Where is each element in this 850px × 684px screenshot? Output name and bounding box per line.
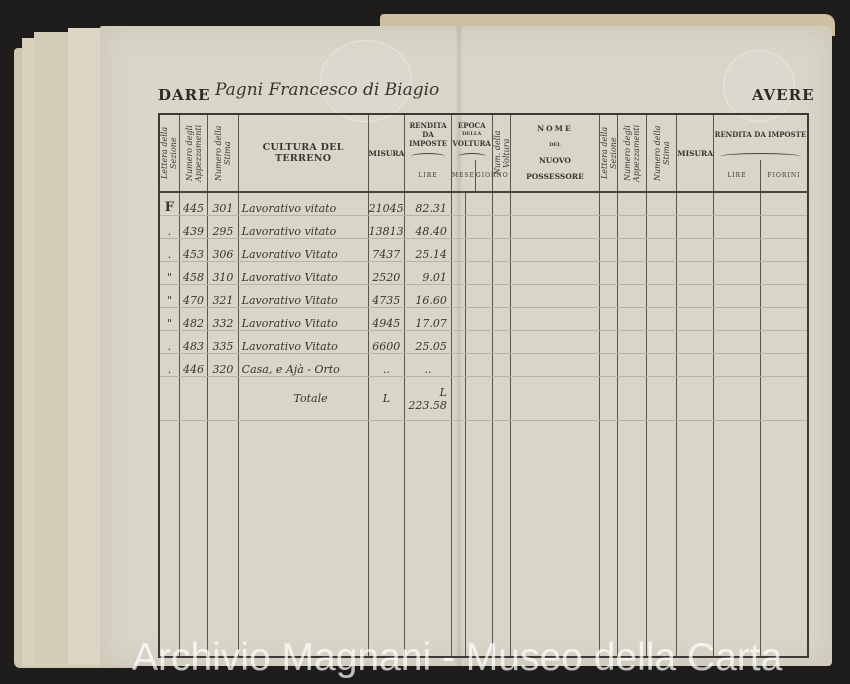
sezione-cell: "	[159, 262, 179, 285]
lire-cell: 82.31	[405, 192, 452, 216]
lire-cell: ..	[405, 354, 452, 377]
dare-heading: DARE	[158, 86, 211, 104]
col-epoca: EPOCADELLAVOLTURA MESEGIORNO	[451, 114, 492, 192]
lire-cell: 25.05	[405, 331, 452, 354]
sezione-cell: .	[159, 239, 179, 262]
sezione-cell: .	[159, 331, 179, 354]
entry-row: . 453 306 Lavorativo Vitato 7437 25.14	[159, 239, 808, 262]
total-currency-misura: L	[368, 377, 405, 421]
total-row: Totale L L 223.58	[159, 377, 808, 421]
appezzamento-cell: 482	[179, 308, 207, 331]
lire-cell: 17.07	[405, 308, 452, 331]
appezzamento-cell: 445	[179, 192, 207, 216]
misura-cell: ..	[368, 354, 405, 377]
appezzamento-cell: 439	[179, 216, 207, 239]
misura-cell: 21045	[368, 192, 405, 216]
ledger-table: Lettera della Sezione Numero degli Appez…	[158, 113, 809, 658]
lire-cell: 9.01	[405, 262, 452, 285]
col-numero-stima: Numero della Stima	[208, 114, 238, 192]
col-num-voltura: Num. della Voltura	[492, 114, 510, 192]
entry-row: " 470 321 Lavorativo Vitato 4735 16.60	[159, 285, 808, 308]
sezione-cell: "	[159, 285, 179, 308]
stima-cell: 295	[208, 216, 238, 239]
cultura-cell: Lavorativo vitato	[238, 192, 368, 216]
misura-cell: 4735	[368, 285, 405, 308]
cultura-cell: Lavorativo Vitato	[238, 331, 368, 354]
cultura-cell: Lavorativo Vitato	[238, 239, 368, 262]
col-lettera-sezione-right: Lettera della Sezione	[600, 114, 618, 192]
col-misura-right: MISURA	[677, 114, 714, 192]
cultura-cell: Lavorativo Vitato	[238, 262, 368, 285]
cultura-cell: Lavorativo Vitato	[238, 285, 368, 308]
stima-cell: 310	[208, 262, 238, 285]
misura-cell: 6600	[368, 331, 405, 354]
cultura-cell: Casa, e Ajà - Orto	[238, 354, 368, 377]
cultura-cell: Lavorativo Vitato	[238, 308, 368, 331]
col-rendita: RENDITA DA IMPOSTELIRE	[405, 114, 452, 192]
sezione-cell: .	[159, 354, 179, 377]
col-lettera-sezione: Lettera della Sezione	[159, 114, 179, 192]
col-numero-appezzamenti: Numero degli Appezzamenti	[179, 114, 207, 192]
lire-cell: 16.60	[405, 285, 452, 308]
stima-cell: 301	[208, 192, 238, 216]
total-label: Totale	[238, 377, 368, 421]
entry-row: " 482 332 Lavorativo Vitato 4945 17.07	[159, 308, 808, 331]
col-numero-appezzamenti-right: Numero degli Appezzamenti	[618, 114, 646, 192]
cultura-cell: Lavorativo vitato	[238, 216, 368, 239]
appezzamento-cell: 446	[179, 354, 207, 377]
entry-row: . 439 295 Lavorativo vitato 13813 48.40	[159, 216, 808, 239]
col-rendita-right: RENDITA DA IMPOSTELIREFIORINI	[713, 114, 808, 192]
appezzamento-cell: 453	[179, 239, 207, 262]
col-misura: MISURA	[368, 114, 405, 192]
entry-row: . 446 320 Casa, e Ajà - Orto .. ..	[159, 354, 808, 377]
stima-cell: 306	[208, 239, 238, 262]
header-row: Lettera della Sezione Numero degli Appez…	[159, 114, 808, 192]
total-value: L 223.58	[405, 377, 452, 421]
stima-cell: 335	[208, 331, 238, 354]
misura-cell: 4945	[368, 308, 405, 331]
appezzamento-cell: 470	[179, 285, 207, 308]
stima-cell: 320	[208, 354, 238, 377]
lire-cell: 48.40	[405, 216, 452, 239]
entry-row: . 483 335 Lavorativo Vitato 6600 25.05	[159, 331, 808, 354]
archive-watermark: Archivio Magnani - Museo della Carta	[132, 636, 782, 680]
appezzamento-cell: 483	[179, 331, 207, 354]
misura-cell: 7437	[368, 239, 405, 262]
sezione-cell: F	[165, 200, 174, 215]
col-nome-possessore: NOMEDELNUOVO POSSESSORE	[510, 114, 599, 192]
misura-cell: 2520	[368, 262, 405, 285]
empty-ledger-area	[159, 421, 808, 658]
appezzamento-cell: 458	[179, 262, 207, 285]
entry-row: " 458 310 Lavorativo Vitato 2520 9.01	[159, 262, 808, 285]
sezione-cell: .	[159, 216, 179, 239]
owner-name: Pagni Francesco di Biagio	[215, 80, 439, 100]
lire-cell: 25.14	[405, 239, 452, 262]
col-cultura: CULTURA DEL TERRENO	[238, 114, 368, 192]
entry-row: F 445 301 Lavorativo vitato 21045 82.31	[159, 192, 808, 216]
sezione-cell: "	[159, 308, 179, 331]
stima-cell: 332	[208, 308, 238, 331]
avere-heading: AVERE	[752, 86, 815, 104]
stima-cell: 321	[208, 285, 238, 308]
col-numero-stima-right: Numero della Stima	[646, 114, 676, 192]
misura-cell: 13813	[368, 216, 405, 239]
